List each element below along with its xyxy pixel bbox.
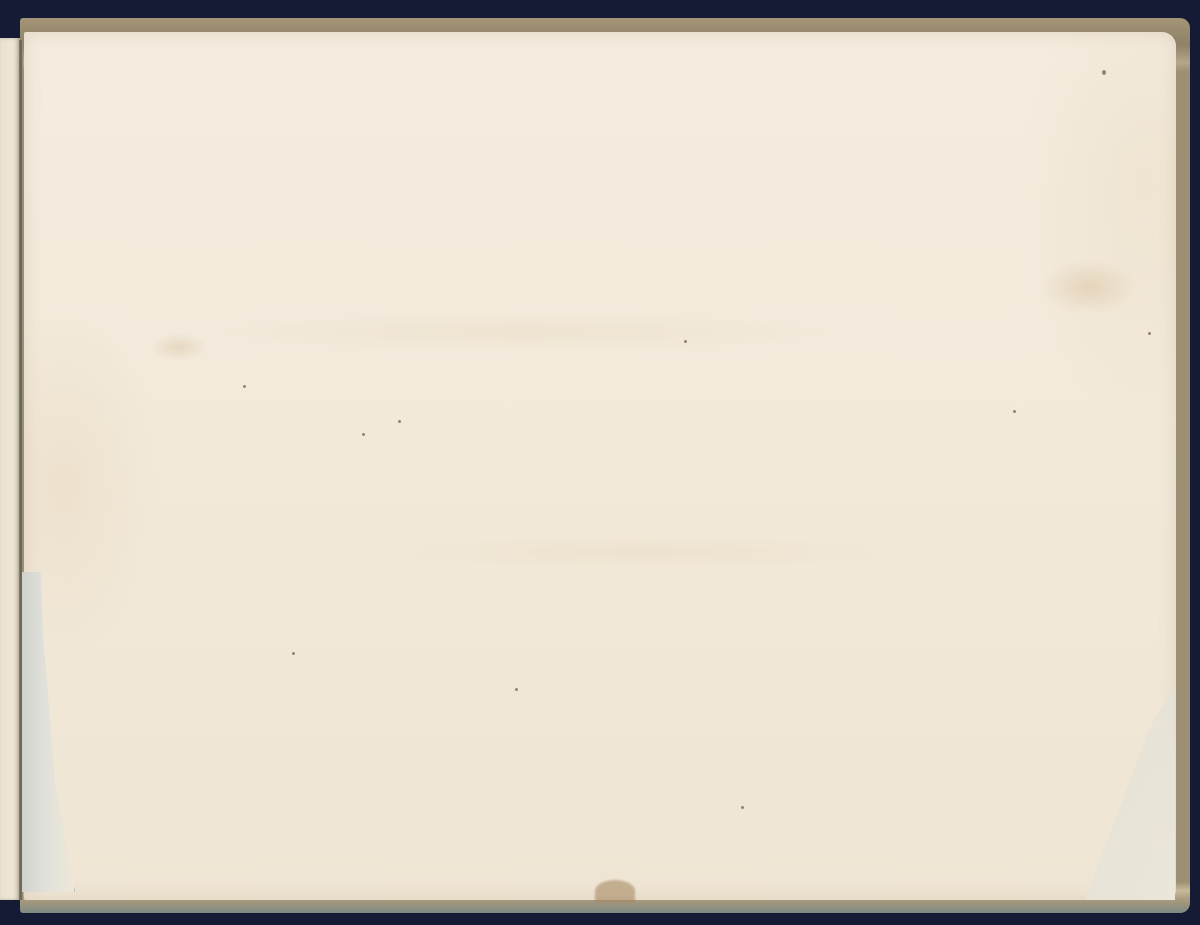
foxing-speck [362, 433, 365, 436]
blank-paper-page [24, 32, 1176, 900]
foxing-speck [1013, 410, 1016, 413]
bottom-water-stain [595, 880, 635, 902]
foxing-speck [398, 420, 401, 423]
foxing-speck [243, 385, 246, 388]
scanned-page-view [0, 0, 1200, 925]
left-facing-page-edge [0, 38, 20, 900]
foxing-speck [1102, 70, 1106, 75]
foxing-speck [292, 652, 295, 655]
foxing-speck [1148, 332, 1151, 335]
foxing-speck [741, 806, 744, 809]
foxing-speck [515, 688, 518, 691]
foxing-speck [684, 340, 687, 343]
